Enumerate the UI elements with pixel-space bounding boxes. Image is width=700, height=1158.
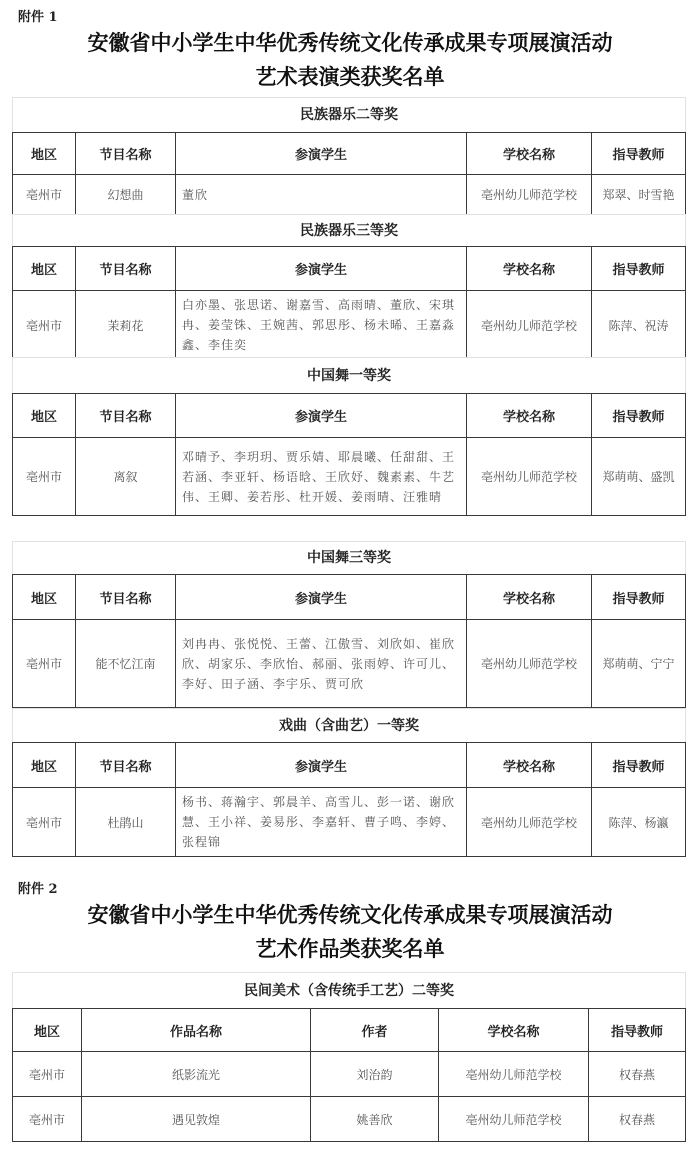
header-school: 学校名称: [467, 394, 592, 438]
cell-region: 亳州市: [13, 1097, 82, 1142]
cell-program: 茉莉花: [76, 291, 176, 360]
header-teachers: 指导教师: [592, 394, 686, 438]
cell-teachers: 郑萌萌、宁宁: [592, 620, 686, 708]
table-header-row: 地区 作品名称 作者 学校名称 指导教师: [13, 1009, 686, 1052]
cell-teacher: 权春燕: [589, 1097, 686, 1142]
section-title: 民族器乐二等奖: [12, 97, 686, 132]
table-row: 亳州市 离叙 邓晴予、李玥玥、贾乐婧、耶晨曦、任甜甜、王若涵、李亚轩、杨语晗、王…: [13, 438, 686, 516]
annex-1-subtitle: 艺术表演类获奖名单: [0, 62, 700, 92]
cell-school: 亳州幼儿师范学校: [439, 1052, 589, 1097]
table-header-row: 地区 节目名称 参演学生 学校名称 指导教师: [13, 247, 686, 291]
table-row: 亳州市 茉莉花 白亦墨、张思诺、谢嘉雪、高雨晴、董欣、宋琪冉、姜莹铢、王婉茜、郭…: [13, 291, 686, 360]
header-region: 地区: [13, 394, 76, 438]
table-row: 亳州市 杜鹃山 杨书、蒋瀚宇、郭晨羊、高雪儿、彭一诺、谢欣慧、王小祥、姜易彤、李…: [13, 788, 686, 857]
header-teachers: 指导教师: [592, 247, 686, 291]
cell-students: 刘冉冉、张悦悦、王蕾、江傲雪、刘欣如、崔欣欣、胡家乐、李欣怡、郝丽、张雨婷、许可…: [176, 620, 467, 708]
header-students: 参演学生: [176, 247, 467, 291]
cell-school: 亳州幼儿师范学校: [467, 291, 592, 360]
header-region: 地区: [13, 1009, 82, 1052]
table-header-row: 地区 节目名称 参演学生 学校名称 指导教师: [13, 575, 686, 620]
annex-1-title: 安徽省中小学生中华优秀传统文化传承成果专项展演活动: [0, 28, 700, 58]
table-row: 亳州市 幻想曲 董欣 亳州幼儿师范学校 郑翠、时雪艳: [13, 175, 686, 215]
header-students: 参演学生: [176, 133, 467, 175]
table-header-row: 地区 节目名称 参演学生 学校名称 指导教师: [13, 743, 686, 788]
annex-2-label: 附件 2: [18, 878, 58, 897]
award-table: 地区 节目名称 参演学生 学校名称 指导教师 亳州市 离叙 邓晴予、李玥玥、贾乐…: [12, 393, 686, 516]
cell-author: 刘治韵: [311, 1052, 439, 1097]
cell-region: 亳州市: [13, 291, 76, 360]
header-teachers: 指导教师: [592, 575, 686, 620]
header-teachers: 指导教师: [592, 743, 686, 788]
cell-region: 亳州市: [13, 438, 76, 516]
cell-teachers: 陈萍、祝涛: [592, 291, 686, 360]
header-program: 节目名称: [76, 247, 176, 291]
section-title: 中国舞三等奖: [12, 541, 686, 574]
award-table: 地区 节目名称 参演学生 学校名称 指导教师 亳州市 幻想曲 董欣 亳州幼儿师范…: [12, 132, 686, 215]
header-program: 节目名称: [76, 743, 176, 788]
header-school: 学校名称: [467, 575, 592, 620]
cell-region: 亳州市: [13, 175, 76, 215]
cell-students: 白亦墨、张思诺、谢嘉雪、高雨晴、董欣、宋琪冉、姜莹铢、王婉茜、郭思彤、杨未晞、王…: [176, 291, 467, 360]
cell-work: 遇见敦煌: [82, 1097, 311, 1142]
table-header-row: 地区 节目名称 参演学生 学校名称 指导教师: [13, 133, 686, 175]
table-row: 亳州市 能不忆江南 刘冉冉、张悦悦、王蕾、江傲雪、刘欣如、崔欣欣、胡家乐、李欣怡…: [13, 620, 686, 708]
table-row: 亳州市 遇见敦煌 姚善欣 亳州幼儿师范学校 权春燕: [13, 1097, 686, 1142]
cell-students: 董欣: [176, 175, 467, 215]
cell-region: 亳州市: [13, 1052, 82, 1097]
cell-program: 能不忆江南: [76, 620, 176, 708]
cell-region: 亳州市: [13, 788, 76, 857]
cell-region: 亳州市: [13, 620, 76, 708]
cell-teachers: 郑翠、时雪艳: [592, 175, 686, 215]
section-title: 民族器乐三等奖: [12, 214, 686, 246]
annex-1-label: 附件 1: [18, 6, 58, 25]
cell-students: 杨书、蒋瀚宇、郭晨羊、高雪儿、彭一诺、谢欣慧、王小祥、姜易彤、李嘉轩、曹子鸣、李…: [176, 788, 467, 857]
award-table: 地区 节目名称 参演学生 学校名称 指导教师 亳州市 杜鹃山 杨书、蒋瀚宇、郭晨…: [12, 742, 686, 857]
header-author: 作者: [311, 1009, 439, 1052]
cell-teachers: 陈萍、杨瀛: [592, 788, 686, 857]
header-region: 地区: [13, 133, 76, 175]
cell-teacher: 权春燕: [589, 1052, 686, 1097]
cell-school: 亳州幼儿师范学校: [467, 788, 592, 857]
cell-students: 邓晴予、李玥玥、贾乐婧、耶晨曦、任甜甜、王若涵、李亚轩、杨语晗、王欣妤、魏素素、…: [176, 438, 467, 516]
section-title: 民间美术（含传统手工艺）二等奖: [12, 972, 686, 1008]
annex-2-subtitle: 艺术作品类获奖名单: [0, 934, 700, 964]
header-school: 学校名称: [467, 247, 592, 291]
cell-school: 亳州幼儿师范学校: [439, 1097, 589, 1142]
header-school: 学校名称: [439, 1009, 589, 1052]
header-teacher: 指导教师: [589, 1009, 686, 1052]
cell-teachers: 郑萌萌、盛凯: [592, 438, 686, 516]
award-table: 地区 作品名称 作者 学校名称 指导教师 亳州市 纸影流光 刘治韵 亳州幼儿师范…: [12, 1008, 686, 1142]
header-region: 地区: [13, 247, 76, 291]
header-region: 地区: [13, 575, 76, 620]
section-title: 中国舞一等奖: [12, 357, 686, 393]
header-program: 节目名称: [76, 394, 176, 438]
header-work: 作品名称: [82, 1009, 311, 1052]
header-school: 学校名称: [467, 133, 592, 175]
header-region: 地区: [13, 743, 76, 788]
header-students: 参演学生: [176, 394, 467, 438]
cell-program: 杜鹃山: [76, 788, 176, 857]
header-program: 节目名称: [76, 133, 176, 175]
cell-school: 亳州幼儿师范学校: [467, 620, 592, 708]
award-table: 地区 节目名称 参演学生 学校名称 指导教师 亳州市 茉莉花 白亦墨、张思诺、谢…: [12, 246, 686, 360]
header-students: 参演学生: [176, 575, 467, 620]
table-header-row: 地区 节目名称 参演学生 学校名称 指导教师: [13, 394, 686, 438]
cell-program: 幻想曲: [76, 175, 176, 215]
table-row: 亳州市 纸影流光 刘治韵 亳州幼儿师范学校 权春燕: [13, 1052, 686, 1097]
award-table: 地区 节目名称 参演学生 学校名称 指导教师 亳州市 能不忆江南 刘冉冉、张悦悦…: [12, 574, 686, 708]
header-students: 参演学生: [176, 743, 467, 788]
annex-2-title: 安徽省中小学生中华优秀传统文化传承成果专项展演活动: [0, 900, 700, 930]
cell-school: 亳州幼儿师范学校: [467, 175, 592, 215]
header-program: 节目名称: [76, 575, 176, 620]
section-title: 戏曲（含曲艺）一等奖: [12, 708, 686, 742]
cell-author: 姚善欣: [311, 1097, 439, 1142]
header-school: 学校名称: [467, 743, 592, 788]
cell-work: 纸影流光: [82, 1052, 311, 1097]
cell-program: 离叙: [76, 438, 176, 516]
header-teachers: 指导教师: [592, 133, 686, 175]
cell-school: 亳州幼儿师范学校: [467, 438, 592, 516]
